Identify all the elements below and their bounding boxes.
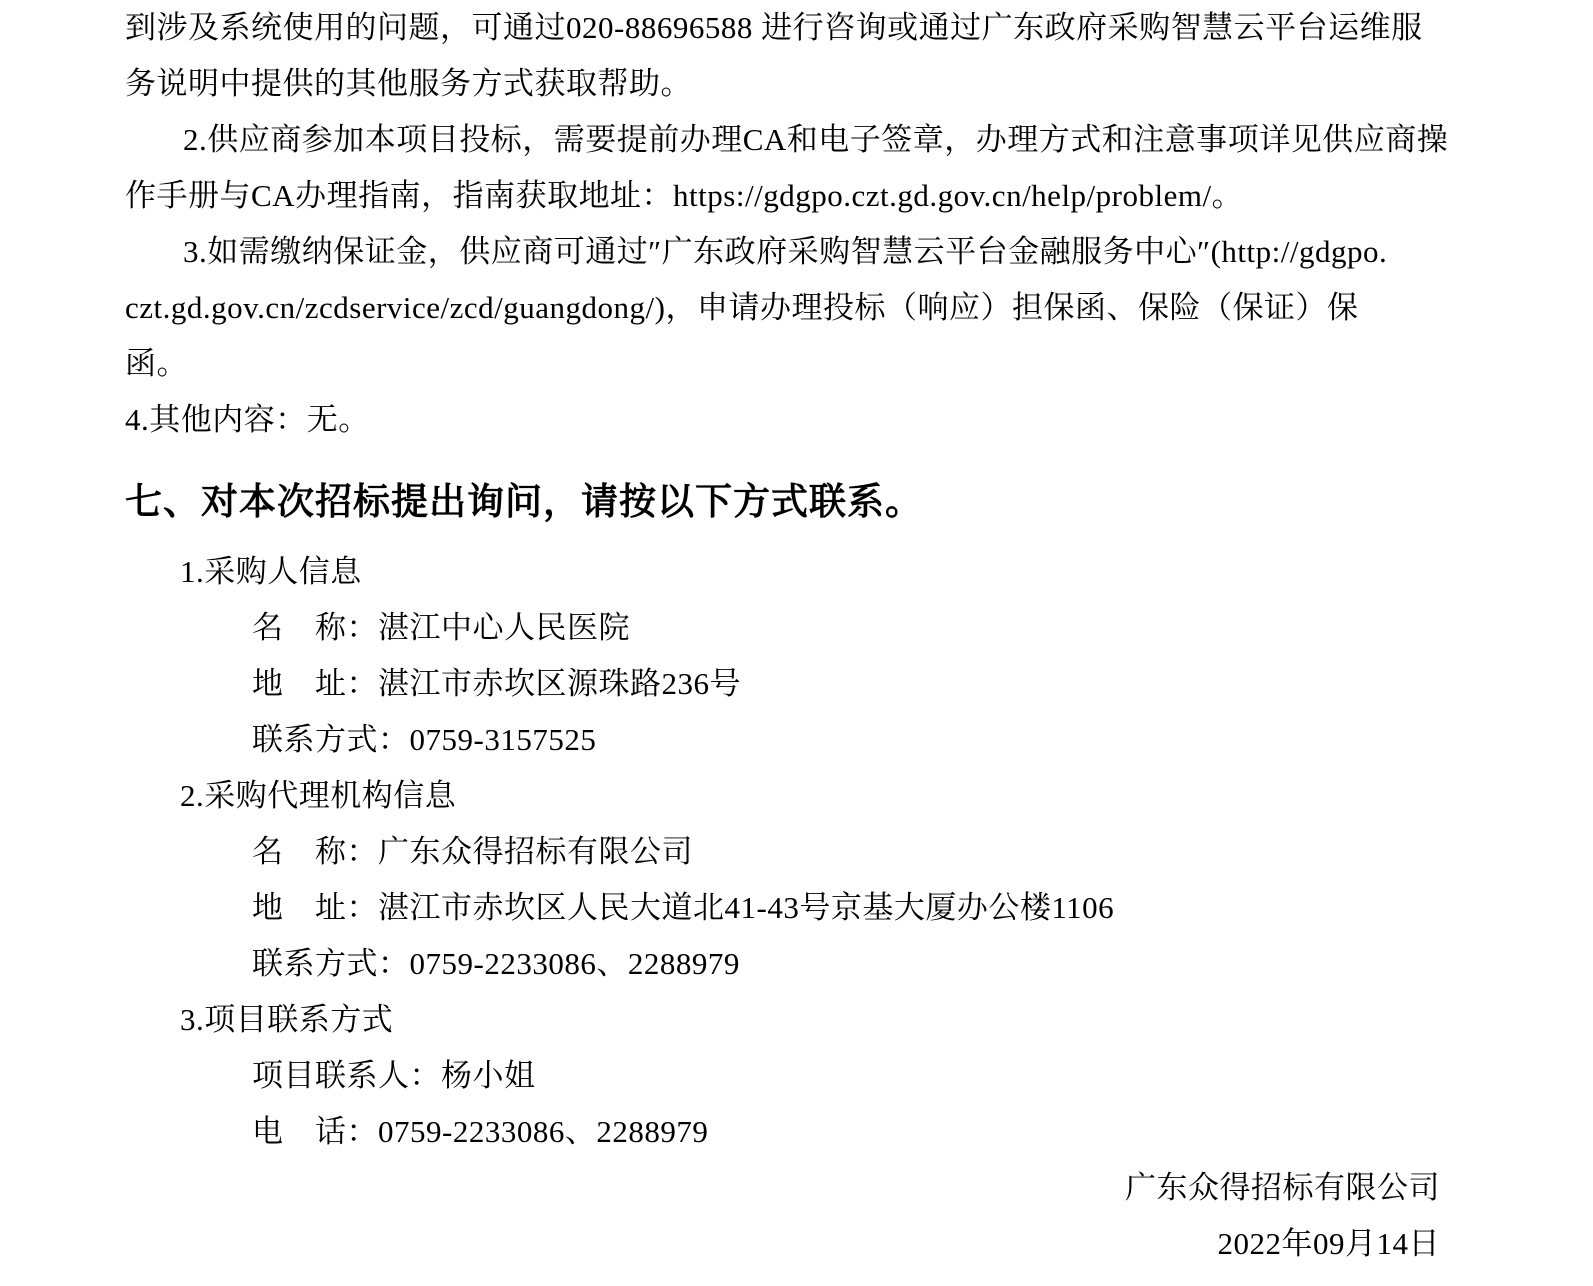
paragraph-line: 函。 [125, 336, 1593, 392]
purchaser-address: 地 址：湛江市赤坎区源珠路236号 [125, 656, 1593, 712]
notice-body: 到涉及系统使用的问题，可通过020-88696588 进行咨询或通过广东政府采购… [125, 0, 1593, 448]
purchaser-name: 名 称：湛江中心人民医院 [125, 600, 1593, 656]
paragraph-line: 2.供应商参加本项目投标，需要提前办理CA和电子签章，办理方式和注意事项详见供应… [125, 112, 1593, 168]
paragraph-line: 4.其他内容：无。 [125, 392, 1593, 448]
project-contact-title: 3.项目联系方式 [125, 992, 1593, 1048]
agency-address: 地 址：湛江市赤坎区人民大道北41-43号京基大厦办公楼1106 [125, 880, 1593, 936]
project-phone: 电 话：0759-2233086、2288979 [125, 1104, 1593, 1160]
project-contact-person: 项目联系人：杨小姐 [125, 1048, 1593, 1104]
agency-name: 名 称：广东众得招标有限公司 [125, 824, 1593, 880]
signature-date: 2022年09月14日 [125, 1216, 1593, 1272]
signature-company: 广东众得招标有限公司 [125, 1160, 1593, 1216]
agency-contact: 联系方式：0759-2233086、2288979 [125, 936, 1593, 992]
agency-info-title: 2.采购代理机构信息 [125, 768, 1593, 824]
purchaser-contact: 联系方式：0759-3157525 [125, 712, 1593, 768]
section-heading: 七、对本次招标提出询问，请按以下方式联系。 [125, 471, 1593, 535]
document-page: 到涉及系统使用的问题，可通过020-88696588 进行咨询或通过广东政府采购… [0, 0, 1593, 1286]
purchaser-info-title: 1.采购人信息 [125, 544, 1593, 600]
document-content: 到涉及系统使用的问题，可通过020-88696588 进行咨询或通过广东政府采购… [0, 0, 1593, 1272]
paragraph-line: 3.如需缴纳保证金，供应商可通过″广东政府采购智慧云平台金融服务中心″(http… [125, 224, 1593, 280]
paragraph-line: 作手册与CA办理指南，指南获取地址：https://gdgpo.czt.gd.g… [125, 168, 1593, 224]
paragraph-line: czt.gd.gov.cn/zcdservice/zcd/guangdong/)… [125, 280, 1593, 336]
contact-info-block: 1.采购人信息 名 称：湛江中心人民医院 地 址：湛江市赤坎区源珠路236号 联… [125, 544, 1593, 1272]
paragraph-line: 务说明中提供的其他服务方式获取帮助。 [125, 56, 1593, 112]
paragraph-line: 到涉及系统使用的问题，可通过020-88696588 进行咨询或通过广东政府采购… [125, 0, 1593, 56]
